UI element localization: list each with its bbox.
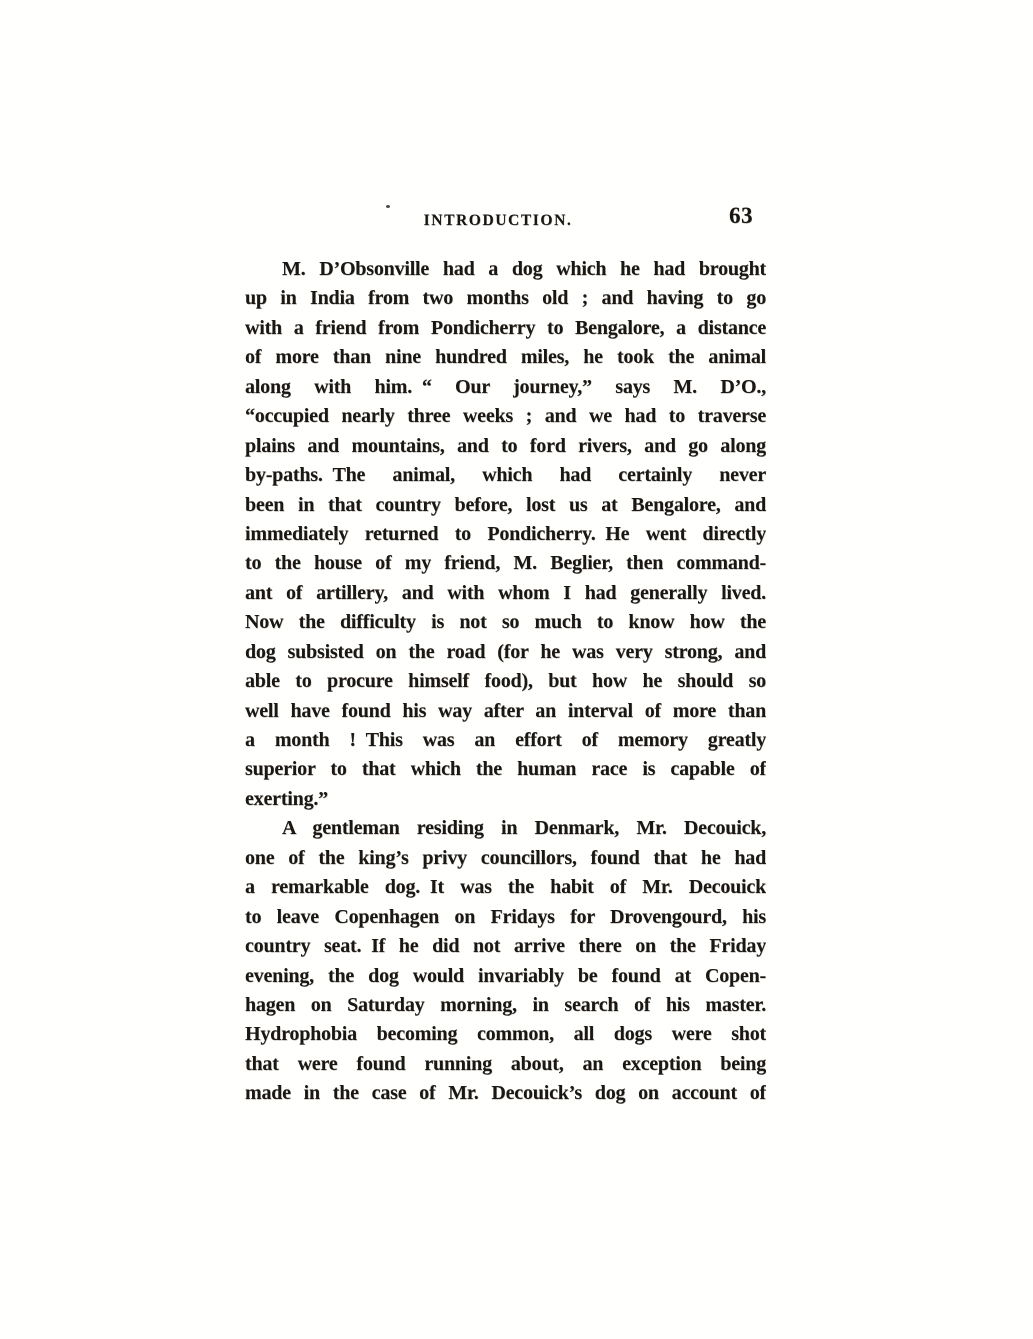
page-number: 63 <box>729 203 753 229</box>
text-line: by-paths. The animal, which had certainl… <box>245 461 766 490</box>
page-body: M. D’Obsonville had a dog which he had b… <box>245 255 766 1109</box>
text-line: one of the king’s privy councillors, fou… <box>245 844 766 873</box>
text-line: exerting.” <box>245 785 766 814</box>
text-line: to leave Copenhagen on Fridays for Drove… <box>245 903 766 932</box>
book-page: INTRODUCTION. 63 M. D’Obsonville had a d… <box>0 0 1033 1339</box>
text-line: Hydrophobia becoming common, all dogs we… <box>245 1020 766 1049</box>
text-line: M. D’Obsonville had a dog which he had b… <box>245 255 766 284</box>
text-line: to the house of my friend, M. Beglier, t… <box>245 549 766 578</box>
running-title: INTRODUCTION. <box>424 212 573 230</box>
text-line: made in the case of Mr. Decouick’s dog o… <box>245 1079 766 1108</box>
text-line: a month ! This was an effort of memory g… <box>245 726 766 755</box>
text-line: immediately returned to Pondicherry. He … <box>245 520 766 549</box>
text-line: hagen on Saturday morning, in search of … <box>245 991 766 1020</box>
text-line: evening, the dog would invariably be fou… <box>245 962 766 991</box>
text-line: Now the difficulty is not so much to kno… <box>245 608 766 637</box>
text-line: along with him. “ Our journey,” says M. … <box>245 373 766 402</box>
text-line: ant of artillery, and with whom I had ge… <box>245 579 766 608</box>
text-line: with a friend from Pondicherry to Bengal… <box>245 314 766 343</box>
text-line: country seat. If he did not arrive there… <box>245 932 766 961</box>
text-line: plains and mountains, and to ford rivers… <box>245 432 766 461</box>
text-line: dog subsisted on the road (for he was ve… <box>245 638 766 667</box>
text-line: that were found running about, an except… <box>245 1050 766 1079</box>
text-line: superior to that which the human race is… <box>245 755 766 784</box>
ink-speck <box>386 205 390 208</box>
text-line: able to procure himself food), but how h… <box>245 667 766 696</box>
text-line: been in that country before, lost us at … <box>245 491 766 520</box>
text-line: up in India from two months old ; and ha… <box>245 284 766 313</box>
text-line: A gentleman residing in Denmark, Mr. Dec… <box>245 814 766 843</box>
text-line: of more than nine hundred miles, he took… <box>245 343 766 372</box>
text-line: well have found his way after an interva… <box>245 697 766 726</box>
text-line: a remarkable dog. It was the habit of Mr… <box>245 873 766 902</box>
text-line: “occupied nearly three weeks ; and we ha… <box>245 402 766 431</box>
